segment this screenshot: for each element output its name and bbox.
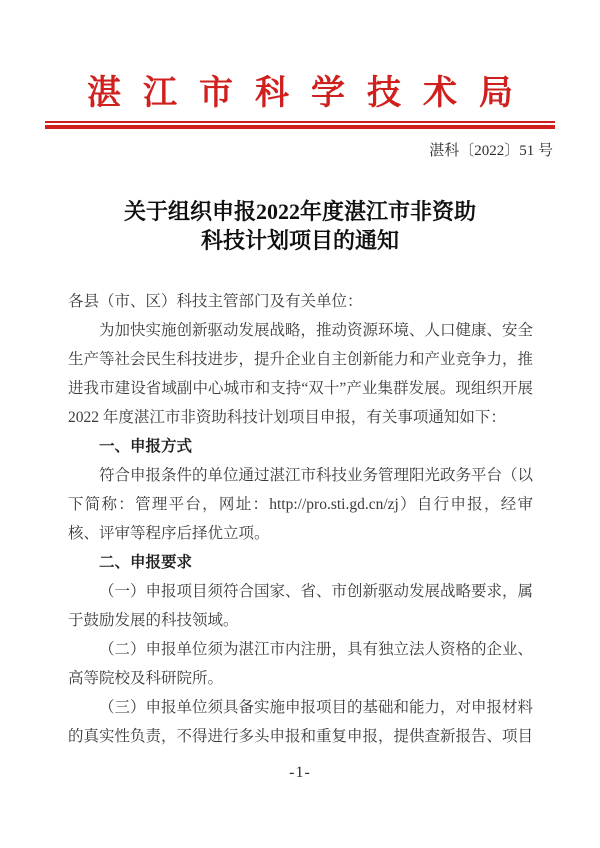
section-2-item-2: （二）申报单位须为湛江市内注册，具有独立法人资格的企业、高等院校及科研院所。 — [68, 635, 533, 693]
document-page: 湛江市科学技术局 湛科〔2022〕51 号 关于组织申报2022年度湛江市非资助… — [0, 0, 600, 848]
page-number: -1- — [0, 764, 600, 782]
intro-paragraph: 为加快实施创新驱动发展战略，推动资源环境、人口健康、安全生产等社会民生科技进步，… — [68, 316, 533, 432]
document-number: 湛科〔2022〕51 号 — [0, 141, 553, 161]
section-1-heading: 一、申报方式 — [68, 432, 533, 461]
agency-name: 湛江市科学技术局 — [0, 0, 600, 114]
document-title: 关于组织申报2022年度湛江市非资助 科技计划项目的通知 — [0, 197, 600, 255]
document-body: 各县（市、区）科技主管部门及有关单位： 为加快实施创新驱动发展战略，推动资源环境… — [68, 287, 533, 751]
section-2-heading: 二、申报要求 — [68, 548, 533, 577]
section-2-item-3: （三）申报单位须具备实施申报项目的基础和能力，对申报材料的真实性负责，不得进行多… — [68, 693, 533, 751]
section-1-paragraph: 符合申报条件的单位通过湛江市科技业务管理阳光政务平台（以下简称：管理平台，网址：… — [68, 461, 533, 548]
letterhead-divider — [45, 121, 555, 129]
salutation: 各县（市、区）科技主管部门及有关单位： — [68, 287, 533, 316]
document-title-line2: 科技计划项目的通知 — [201, 228, 399, 253]
section-2-item-1: （一）申报项目须符合国家、省、市创新驱动发展战略要求，属于鼓励发展的科技领域。 — [68, 577, 533, 635]
document-title-line1: 关于组织申报2022年度湛江市非资助 — [124, 199, 476, 224]
